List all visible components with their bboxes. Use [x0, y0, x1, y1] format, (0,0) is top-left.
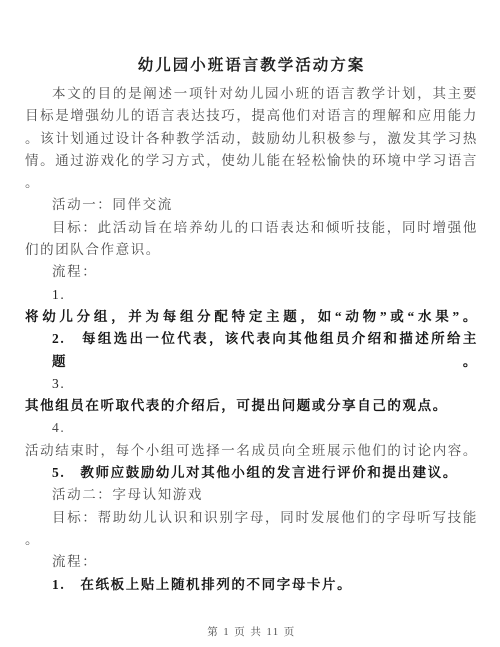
doc-line: 2. 每组选出一位代表，该代表向其他组员介绍和描述所给主题。 — [25, 328, 478, 373]
document-page: 幼儿园小班语言教学活动方案 本文的目的是阐述一项针对幼儿园小班的语言教学计划，其… — [0, 0, 500, 647]
doc-line: 。 — [25, 172, 478, 194]
doc-line: 。 — [25, 529, 478, 551]
doc-line: 活动二：字母认知游戏 — [25, 484, 478, 506]
doc-line: 4. — [25, 417, 478, 439]
doc-line: 5. 教师应鼓励幼儿对其他小组的发言进行评价和提出建议。 — [25, 462, 478, 484]
doc-line: 情。通过游戏化的学习方式，使幼儿能在轻松愉快的环境中学习语言 — [25, 150, 478, 172]
doc-title: 幼儿园小班语言教学活动方案 — [25, 56, 478, 76]
doc-line: 流程： — [25, 261, 478, 283]
page-footer: 第 1 页 共 11 页 — [25, 626, 478, 640]
doc-line: 活动结束时，每个小组可选择一名成员向全班展示他们的讨论内容。 — [25, 440, 478, 462]
doc-line: 1. 在纸板上贴上随机排列的不同字母卡片。 — [25, 574, 478, 596]
doc-line: 。该计划通过设计各种教学活动，鼓励幼儿积极参与，激发其学习热 — [25, 128, 478, 150]
doc-line: 流程： — [25, 551, 478, 573]
doc-line: 3. — [25, 373, 478, 395]
doc-line: 目标：此活动旨在培养幼儿的口语表达和倾听技能，同时增强他 — [25, 217, 478, 239]
doc-line: 目标是增强幼儿的语言表达技巧，提高他们对语言的理解和应用能力 — [25, 105, 478, 127]
doc-line: 目标：帮助幼儿认识和识别字母，同时发展他们的字母听写技能 — [25, 507, 478, 529]
doc-line: 活动一：同伴交流 — [25, 194, 478, 216]
doc-line: 其他组员在听取代表的介绍后，可提出问题或分享自己的观点。 — [25, 395, 478, 417]
doc-line: 将幼儿分组，并为每组分配特定主题，如“动物”或“水果”。 — [25, 306, 478, 328]
doc-line: 1. — [25, 284, 478, 306]
doc-body: 本文的目的是阐述一项针对幼儿园小班的语言教学计划，其主要 目标是增强幼儿的语言表… — [25, 83, 478, 596]
doc-line: 们的团队合作意识。 — [25, 239, 478, 261]
doc-line: 本文的目的是阐述一项针对幼儿园小班的语言教学计划，其主要 — [25, 83, 478, 105]
